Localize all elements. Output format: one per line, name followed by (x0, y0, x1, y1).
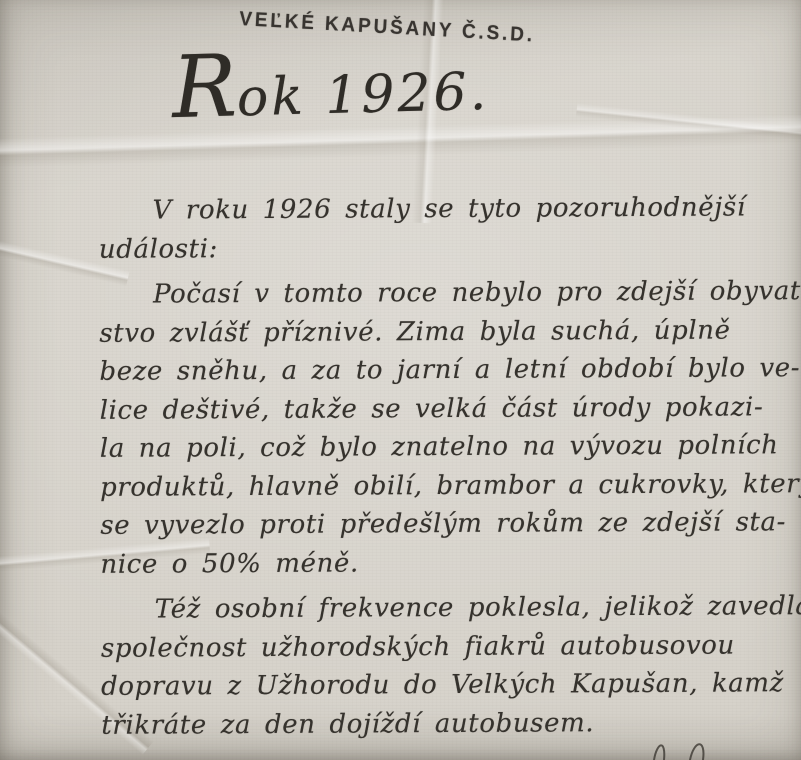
paragraph-transport: Též osobní frekvence poklesla, jelikož z… (101, 587, 792, 745)
paragraph-intro: V roku 1926 staly se tyto pozoruhodnější… (99, 188, 789, 269)
next-line-partial-stroke (648, 736, 743, 760)
scanned-chronicle-page: VEĽKÉ KAPUŠANY Č.S.D. Rok 1926. V roku 1… (0, 0, 801, 760)
handwriting-line: V roku 1926 staly se tyto pozoruhodnější (99, 188, 789, 230)
handwriting-line: produktů, hlavně obilí, brambor a cukrov… (100, 465, 790, 507)
handwriting-line: události: (99, 227, 789, 269)
handwriting-line: beze sněhu, a za to jarní a letní období… (99, 349, 789, 391)
handwriting-line: la na poli, což bylo znatelno na vývozu … (100, 426, 790, 468)
handwriting-line: lice deštivé, takže se velká část úrody … (100, 388, 790, 430)
handwriting-line: se vyvezlo proti předešlým rokům ze zdej… (100, 503, 790, 545)
year-heading: Rok 1926. (171, 30, 490, 138)
paper-crease-right-middle (576, 103, 801, 143)
handwriting-line: společnost užhorodských fiakrů autobusov… (101, 626, 791, 668)
handwriting-line: stvo zvlášť příznivé. Zima byla suchá, ú… (99, 311, 789, 353)
paragraph-weather: Počasí v tomto roce nebylo pro zdejší ob… (99, 272, 791, 584)
handwritten-body: V roku 1926 staly se tyto pozoruhodnější… (99, 188, 792, 752)
handwriting-line: nice o 50% méně. (100, 542, 790, 584)
handwriting-line: Počasí v tomto roce nebylo pro zdejší ob… (99, 272, 789, 314)
handwriting-line: Též osobní frekvence poklesla, jelikož z… (101, 587, 791, 629)
handwriting-line: dopravu z Užhorodu do Velkých Kapušan, k… (101, 664, 791, 706)
